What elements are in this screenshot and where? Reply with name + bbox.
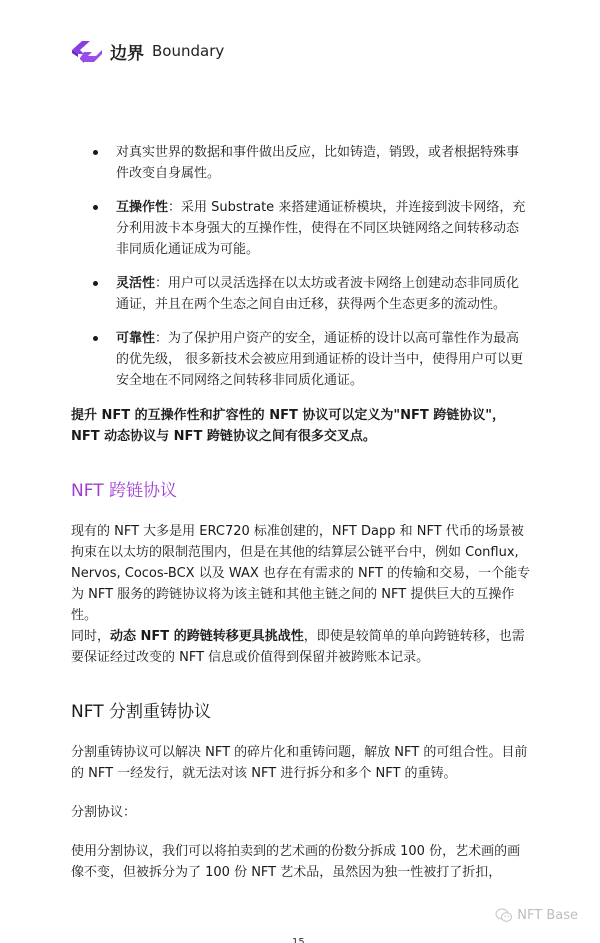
bullet-dot-icon	[93, 205, 98, 210]
split-protocol-subheading: 分割协议：	[71, 802, 531, 823]
boundary-logo-icon	[70, 38, 104, 64]
document-header: 边界 Boundary	[70, 38, 224, 64]
brand-name-en: Boundary	[152, 42, 224, 60]
bullet-dot-icon	[93, 150, 98, 155]
bullet-text: 用户可以灵活选择在以太坊或者波卡网络上创建动态非同质化通证，并且在两个生态之间自…	[116, 276, 519, 312]
bullet-separator: ：	[155, 331, 168, 346]
watermark: NFT Base	[495, 908, 578, 923]
bullet-label: 灵活性	[116, 276, 155, 291]
section-heading-cross-chain: NFT 跨链协议	[71, 479, 531, 503]
bullet-separator: ：	[155, 276, 168, 291]
summary-paragraph: 提升 NFT 的互操作性和扩容性的 NFT 协议可以定义为"NFT 跨链协议"，…	[71, 405, 531, 447]
bullet-item: 可靠性：为了保护用户资产的安全，通证桥的设计以高可靠性作为最高的优先级， 很多新…	[71, 328, 531, 391]
bullet-item: 灵活性：用户可以灵活选择在以太坊或者波卡网络上创建动态非同质化通证，并且在两个生…	[71, 273, 531, 315]
bullet-dot-icon	[93, 336, 98, 341]
watermark-text: NFT Base	[517, 908, 578, 923]
feature-bullet-list: 对真实世界的数据和事件做出反应，比如铸造，销毁，或者根据特殊事件改变自身属性。 …	[71, 142, 531, 391]
cross-chain-paragraph: 现有的 NFT 大多是用 ERC720 标准创建的，NFT Dapp 和 NFT…	[71, 521, 531, 626]
brand-name-cn: 边界	[110, 39, 144, 64]
bullet-item: 对真实世界的数据和事件做出反应，比如铸造，销毁，或者根据特殊事件改变自身属性。	[71, 142, 531, 184]
section-heading-split-remint: NFT 分割重铸协议	[71, 700, 531, 724]
bullet-dot-icon	[93, 281, 98, 286]
bullet-text: 为了保护用户资产的安全，通证桥的设计以高可靠性作为最高的优先级， 很多新技术会被…	[116, 331, 523, 388]
split-remint-paragraph: 分割重铸协议可以解决 NFT 的碎片化和重铸问题，解放 NFT 的可组合性。目前…	[71, 742, 531, 784]
cross-chain-paragraph-2: 同时，动态 NFT 的跨链转移更具挑战性，即使是较简单的单向跨链转移，也需要保证…	[71, 626, 531, 668]
bullet-label: 可靠性	[116, 331, 155, 346]
bullet-label: 互操作性	[116, 200, 168, 215]
paragraph-prefix: 同时，	[71, 629, 110, 644]
page-number: 15	[292, 937, 305, 943]
wechat-icon	[495, 908, 513, 923]
document-body: 对真实世界的数据和事件做出反应，比如铸造，销毁，或者根据特殊事件改变自身属性。 …	[71, 142, 531, 883]
split-protocol-paragraph: 使用分割协议，我们可以将拍卖到的艺术画的份数分拆成 100 份，艺术画的画像不变…	[71, 841, 531, 883]
paragraph-emphasis: 动态 NFT 的跨链转移更具挑战性	[110, 629, 304, 644]
bullet-text: 对真实世界的数据和事件做出反应，比如铸造，销毁，或者根据特殊事件改变自身属性。	[116, 145, 519, 181]
bullet-separator: ：	[168, 200, 181, 215]
bullet-item: 互操作性：采用 Substrate 来搭建通证桥模块，并连接到波卡网络，充分利用…	[71, 197, 531, 260]
